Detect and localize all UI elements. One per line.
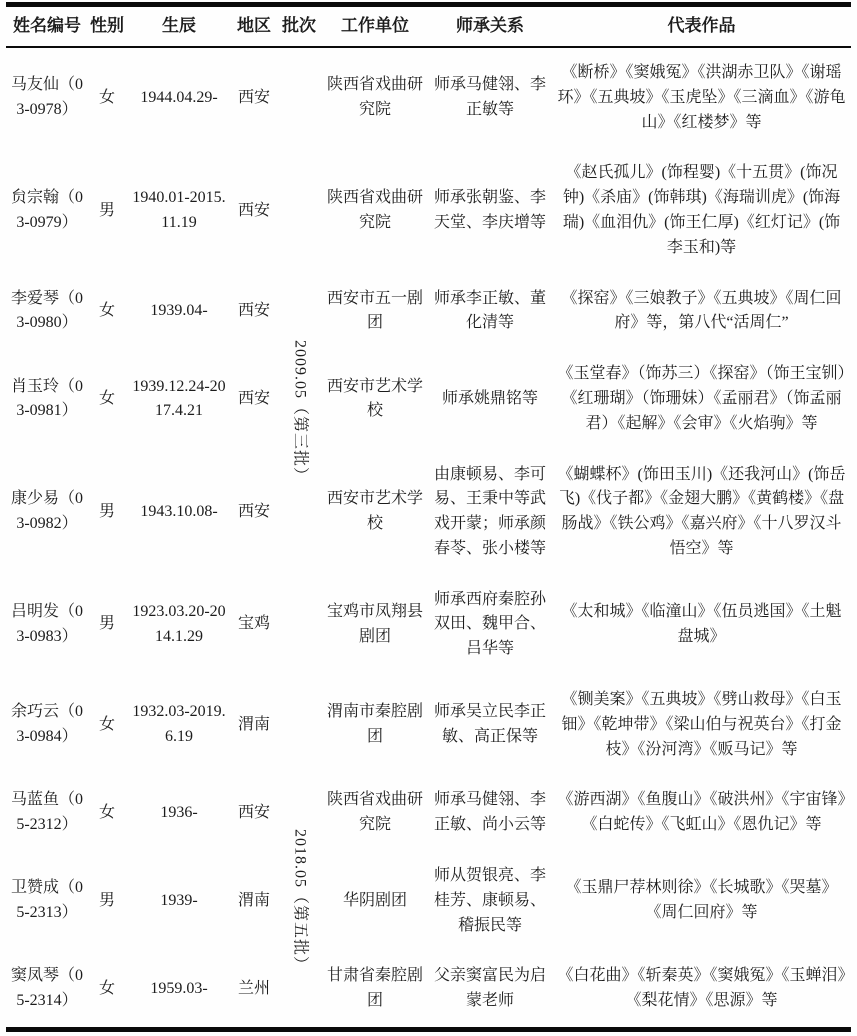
table-row: 吕明发（03-0983） 男 1923.03.20-2014.1.29 宝鸡 宝… — [6, 575, 851, 675]
cell-name: 余巧云（03-0984） — [6, 675, 88, 775]
table-row: 肖玉玲（03-0981） 女 1939.12.24-2017.4.21 西安 西… — [6, 349, 851, 449]
cell-mentor: 师承西府秦腔孙双田、魏甲合、吕华等 — [428, 575, 552, 675]
cell-birth: 1936- — [126, 775, 232, 851]
cell-name: 肖玉玲（03-0981） — [6, 349, 88, 449]
performers-table: 姓名编号 性别 生辰 地区 批次 工作单位 师承关系 代表作品 马友仙（03-0… — [6, 2, 851, 1032]
cell-mentor: 师承马健翎、李正敏等 — [428, 47, 552, 148]
cell-name: 马蓝鱼（05-2312） — [6, 775, 88, 851]
cell-unit: 陕西省戏曲研究院 — [322, 775, 428, 851]
cell-gender: 女 — [88, 675, 126, 775]
cell-mentor: 师承马健翎、李正敏、尚小云等 — [428, 775, 552, 851]
cell-region: 兰州 — [232, 951, 276, 1029]
cell-region: 西安 — [232, 148, 276, 273]
cell-region: 渭南 — [232, 675, 276, 775]
cell-gender: 女 — [88, 47, 126, 148]
cell-birth: 1932.03-2019.6.19 — [126, 675, 232, 775]
cell-birth: 1959.03- — [126, 951, 232, 1029]
cell-unit: 宝鸡市凤翔县剧团 — [322, 575, 428, 675]
cell-name: 贠宗翰（03-0979） — [6, 148, 88, 273]
cell-mentor: 由康顿易、李可易、王秉中等武戏开蒙；师承颜春苓、张小楼等 — [428, 450, 552, 575]
cell-birth: 1944.04.29- — [126, 47, 232, 148]
cell-gender: 女 — [88, 775, 126, 851]
cell-gender: 男 — [88, 575, 126, 675]
cell-unit: 渭南市秦腔剧团 — [322, 675, 428, 775]
batch-vertical-label: 2009.05（第三批） — [287, 340, 312, 484]
cell-birth: 1939.12.24-2017.4.21 — [126, 349, 232, 449]
cell-mentor: 师承李正敏、董化清等 — [428, 274, 552, 350]
cell-region: 西安 — [232, 775, 276, 851]
cell-gender: 男 — [88, 148, 126, 273]
col-header-name: 姓名编号 — [6, 5, 88, 47]
cell-birth: 1939.04- — [126, 274, 232, 350]
col-header-mentor: 师承关系 — [428, 5, 552, 47]
cell-unit: 甘肃省秦腔剧团 — [322, 951, 428, 1029]
table-row: 马蓝鱼（05-2312） 女 1936- 西安 2018.05（第五批） 陕西省… — [6, 775, 851, 851]
cell-birth: 1943.10.08- — [126, 450, 232, 575]
col-header-batch: 批次 — [276, 5, 322, 47]
cell-works: 《赵氏孤儿》(饰程婴)《十五贯》(饰况钟)《杀庙》(饰韩琪)《海瑞训虎》(饰海瑞… — [552, 148, 851, 273]
cell-region: 西安 — [232, 47, 276, 148]
cell-unit: 陕西省戏曲研究院 — [322, 148, 428, 273]
col-header-region: 地区 — [232, 5, 276, 47]
cell-works: 《铡美案》《五典坡》《劈山救母》《白玉钿》《乾坤带》《梁山伯与祝英台》《打金枝》… — [552, 675, 851, 775]
cell-birth: 1939- — [126, 851, 232, 951]
cell-works: 《玉堂春》（饰苏三）《探窑》（饰王宝钏）《红珊瑚》（饰珊妹）《孟丽君》（饰孟丽君… — [552, 349, 851, 449]
cell-mentor: 父亲窦富民为启蒙老师 — [428, 951, 552, 1029]
cell-works: 《断桥》《窦娥冤》《洪湖赤卫队》《谢瑶环》《五典坡》《玉虎坠》《三滴血》《游龟山… — [552, 47, 851, 148]
table-row: 窦凤琴（05-2314） 女 1959.03- 兰州 甘肃省秦腔剧团 父亲窦富民… — [6, 951, 851, 1029]
cell-mentor: 师从贺银亮、李桂芳、康顿易、稽振民等 — [428, 851, 552, 951]
cell-name: 马友仙（03-0978） — [6, 47, 88, 148]
cell-mentor: 师承张朝鉴、李天堂、李庆增等 — [428, 148, 552, 273]
table-row: 李爱琴（03-0980） 女 1939.04- 西安 西安市五一剧团 师承李正敏… — [6, 274, 851, 350]
table-row: 康少易（03-0982） 男 1943.10.08- 西安 西安市艺术学校 由康… — [6, 450, 851, 575]
cell-works: 《太和城》《临潼山》《伍员逃国》《土魁盘城》 — [552, 575, 851, 675]
cell-gender: 女 — [88, 951, 126, 1029]
col-header-gender: 性别 — [88, 5, 126, 47]
cell-birth: 1923.03.20-2014.1.29 — [126, 575, 232, 675]
batch-vertical-label: 2018.05（第五批） — [287, 829, 312, 973]
cell-works: 《游西湖》《鱼腹山》《破洪州》《宇宙锋》《白蛇传》《飞虹山》《恩仇记》等 — [552, 775, 851, 851]
cell-unit: 西安市艺术学校 — [322, 450, 428, 575]
cell-birth: 1940.01-2015.11.19 — [126, 148, 232, 273]
cell-works: 《蝴蝶杯》(饰田玉川)《还我河山》(饰岳飞)《伐子都》《金翅大鹏》《黄鹤楼》《盘… — [552, 450, 851, 575]
cell-name: 窦凤琴（05-2314） — [6, 951, 88, 1029]
cell-unit: 西安市艺术学校 — [322, 349, 428, 449]
cell-unit: 陕西省戏曲研究院 — [322, 47, 428, 148]
table-row: 余巧云（03-0984） 女 1932.03-2019.6.19 渭南 渭南市秦… — [6, 675, 851, 775]
cell-name: 卫赞成（05-2313） — [6, 851, 88, 951]
cell-works: 《探窑》《三娘教子》《五典坡》《周仁回府》等，第八代“活周仁” — [552, 274, 851, 350]
cell-gender: 男 — [88, 851, 126, 951]
cell-batch-fifth: 2018.05（第五批） — [276, 775, 322, 1029]
table-row: 贠宗翰（03-0979） 男 1940.01-2015.11.19 西安 陕西省… — [6, 148, 851, 273]
cell-gender: 女 — [88, 274, 126, 350]
cell-region: 西安 — [232, 274, 276, 350]
col-header-unit: 工作单位 — [322, 5, 428, 47]
col-header-birth: 生辰 — [126, 5, 232, 47]
cell-unit: 西安市五一剧团 — [322, 274, 428, 350]
cell-region: 宝鸡 — [232, 575, 276, 675]
cell-mentor: 师承姚鼎铭等 — [428, 349, 552, 449]
cell-unit: 华阴剧团 — [322, 851, 428, 951]
col-header-works: 代表作品 — [552, 5, 851, 47]
cell-name: 李爱琴（03-0980） — [6, 274, 88, 350]
header-row: 姓名编号 性别 生辰 地区 批次 工作单位 师承关系 代表作品 — [6, 5, 851, 47]
cell-gender: 男 — [88, 450, 126, 575]
cell-works: 《玉鼎尸荐林则徐》《长城歌》《哭墓》《周仁回府》等 — [552, 851, 851, 951]
table-row: 卫赞成（05-2313） 男 1939- 渭南 华阴剧团 师从贺银亮、李桂芳、康… — [6, 851, 851, 951]
cell-gender: 女 — [88, 349, 126, 449]
cell-region: 西安 — [232, 450, 276, 575]
cell-name: 吕明发（03-0983） — [6, 575, 88, 675]
cell-region: 西安 — [232, 349, 276, 449]
table-row: 马友仙（03-0978） 女 1944.04.29- 西安 2009.05（第三… — [6, 47, 851, 148]
cell-batch-third: 2009.05（第三批） — [276, 47, 322, 776]
document-page: 姓名编号 性别 生辰 地区 批次 工作单位 师承关系 代表作品 马友仙（03-0… — [0, 0, 857, 1036]
cell-region: 渭南 — [232, 851, 276, 951]
cell-works: 《白花曲》《斩秦英》《窦娥冤》《玉蝉泪》《梨花情》《思源》等 — [552, 951, 851, 1029]
cell-mentor: 师承吴立民李正敏、高正保等 — [428, 675, 552, 775]
cell-name: 康少易（03-0982） — [6, 450, 88, 575]
